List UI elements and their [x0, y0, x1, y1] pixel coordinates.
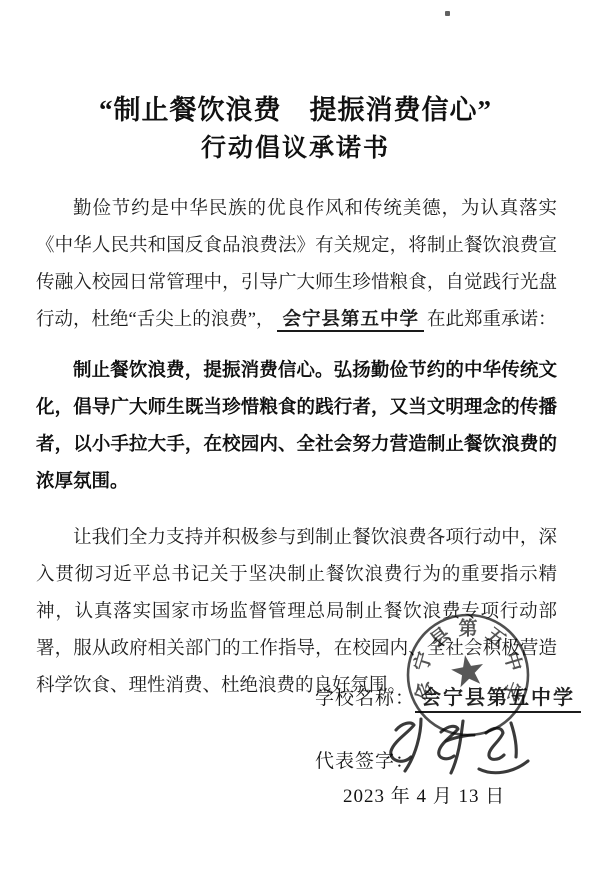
school-name-fill-in: 会宁县第五中学: [277, 310, 424, 332]
official-seal: 会宁县第五中学: [402, 609, 534, 741]
date-text: 2023 年 4 月 13 日: [343, 781, 505, 808]
paragraph-1-suffix: 在此郑重承诺：: [427, 310, 557, 330]
seal-star-icon: [451, 655, 483, 687]
svg-text:宁: 宁: [410, 649, 437, 674]
paragraph-1: 勤俭节约是中华民族的优良作风和传统美德，为认真落实《中华人民共和国反食品浪费法》…: [36, 191, 557, 339]
document-title-line2: 行动倡议承诺书: [0, 128, 591, 164]
paragraph-2: 制止餐饮浪费，提振消费信心。弘扬勤俭节约的中华传统文化，倡导广大师生既当珍惜粮食…: [36, 353, 557, 501]
document-page: “制止餐饮浪费 提振消费信心” 行动倡议承诺书 勤俭节约是中华民族的优良作风和传…: [0, 0, 591, 886]
scan-artifact-speck: [445, 11, 450, 16]
document-title-line1: “制止餐饮浪费 提振消费信心”: [0, 88, 591, 127]
svg-text:第: 第: [458, 616, 477, 639]
school-name-label: 学校名称：: [315, 688, 415, 709]
